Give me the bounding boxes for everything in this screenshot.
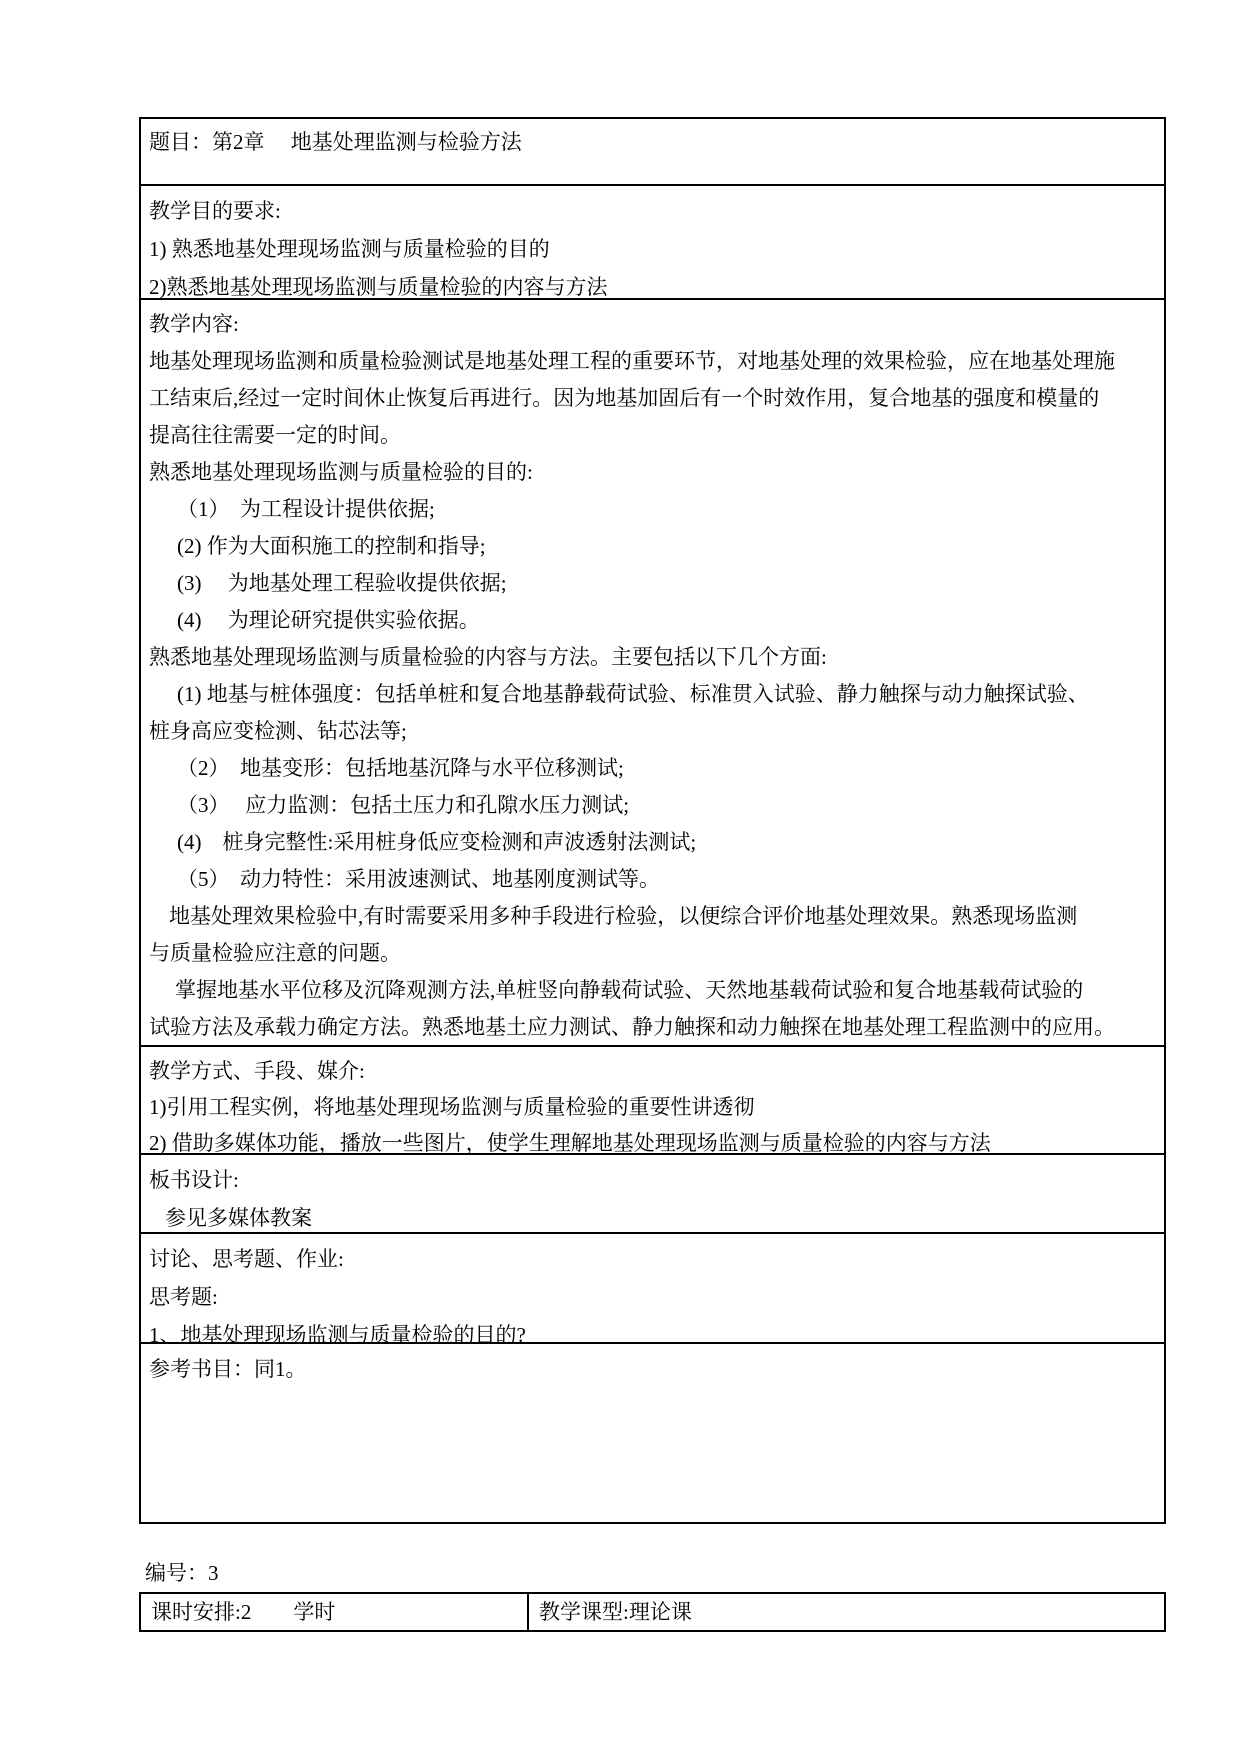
text-line: （1） 为工程设计提供依据;: [149, 491, 1156, 528]
text-line: 熟悉地基处理现场监测与质量检验的内容与方法。主要包括以下几个方面:: [149, 639, 1156, 676]
section-title: 题目：第2章 地基处理监测与检验方法: [141, 119, 1164, 184]
course-type-cell: 教学课型:理论课: [529, 1594, 1164, 1630]
text-line: 工结束后,经过一定时间休止恢复后再进行。因为地基加固后有一个时效作用，复合地基的…: [149, 380, 1156, 417]
text-line: 教学内容:: [149, 306, 1156, 343]
text-line: 提高往往需要一定的时间。: [149, 417, 1156, 454]
text-line: 地基处理现场监测和质量检验测试是地基处理工程的重要环节，对地基处理的效果检验，应…: [149, 343, 1156, 380]
text-line: 与质量检验应注意的问题。: [149, 935, 1156, 972]
text-line: （5） 动力特性：采用波速测试、地基刚度测试等。: [149, 861, 1156, 898]
text-line: 1) 熟悉地基处理现场监测与质量检验的目的: [149, 230, 1156, 268]
text-line: 2)熟悉地基处理现场监测与质量检验的内容与方法: [149, 268, 1156, 298]
text-line: (4) 为理论研究提供实验依据。: [149, 602, 1156, 639]
text-line: （2） 地基变形：包括地基沉降与水平位移测试;: [149, 750, 1156, 787]
text-line: 试验方法及承载力确定方法。熟悉地基土应力测试、静力触探和动力触探在地基处理工程监…: [149, 1009, 1156, 1045]
section-teaching-content: 教学内容:地基处理现场监测和质量检验测试是地基处理工程的重要环节，对地基处理的效…: [141, 298, 1164, 1045]
document-number: 编号：3: [145, 1558, 219, 1588]
lesson-plan-table: 题目：第2章 地基处理监测与检验方法 教学目的要求:1) 熟悉地基处理现场监测与…: [139, 117, 1166, 1524]
text-line: 2) 借助多媒体功能，播放一些图片，使学生理解地基处理现场监测与质量检验的内容与…: [149, 1125, 1156, 1153]
text-line: 参考书目：同1。: [149, 1350, 1156, 1388]
text-line: (1) 地基与桩体强度：包括单桩和复合地基静载荷试验、标准贯入试验、静力触探与动…: [149, 676, 1156, 713]
class-hours-cell: 课时安排:2 学时: [141, 1594, 529, 1630]
section-teaching-objectives: 教学目的要求:1) 熟悉地基处理现场监测与质量检验的目的2)熟悉地基处理现场监测…: [141, 184, 1164, 298]
text-line: 思考题:: [149, 1278, 1156, 1316]
section-discussion-homework: 讨论、思考题、作业:思考题:1、地基处理现场监测与质量检验的目的?: [141, 1232, 1164, 1342]
text-line: (3) 为地基处理工程验收提供依据;: [149, 565, 1156, 602]
section-board-design: 板书设计:参见多媒体教案: [141, 1153, 1164, 1232]
text-line: 掌握地基水平位移及沉降观测方法,单桩竖向静载荷试验、天然地基载荷试验和复合地基载…: [149, 972, 1156, 1009]
text-line: 板书设计:: [149, 1161, 1156, 1199]
text-line: （3） 应力监测：包括土压力和孔隙水压力测试;: [149, 787, 1156, 824]
schedule-table: 课时安排:2 学时 教学课型:理论课: [139, 1592, 1166, 1632]
text-line: 1)引用工程实例，将地基处理现场监测与质量检验的重要性讲透彻: [149, 1089, 1156, 1125]
text-line: 地基处理效果检验中,有时需要采用多种手段进行检验，以便综合评价地基处理效果。熟悉…: [149, 898, 1156, 935]
text-line: 题目：第2章 地基处理监测与检验方法: [149, 123, 1156, 161]
section-teaching-methods: 教学方式、手段、媒介:1)引用工程实例，将地基处理现场监测与质量检验的重要性讲透…: [141, 1045, 1164, 1153]
text-line: 桩身高应变检测、钻芯法等;: [149, 713, 1156, 750]
text-line: 1、地基处理现场监测与质量检验的目的?: [149, 1316, 1156, 1342]
text-line: 参见多媒体教案: [149, 1199, 1156, 1232]
text-line: 教学目的要求:: [149, 192, 1156, 230]
text-line: (4) 桩身完整性:采用桩身低应变检测和声波透射法测试;: [149, 824, 1156, 861]
text-line: 熟悉地基处理现场监测与质量检验的目的:: [149, 454, 1156, 491]
section-references: 参考书目：同1。: [141, 1342, 1164, 1522]
text-line: 教学方式、手段、媒介:: [149, 1053, 1156, 1089]
text-line: (2) 作为大面积施工的控制和指导;: [149, 528, 1156, 565]
document-page: 题目：第2章 地基处理监测与检验方法 教学目的要求:1) 熟悉地基处理现场监测与…: [0, 0, 1241, 1754]
text-line: 讨论、思考题、作业:: [149, 1240, 1156, 1278]
